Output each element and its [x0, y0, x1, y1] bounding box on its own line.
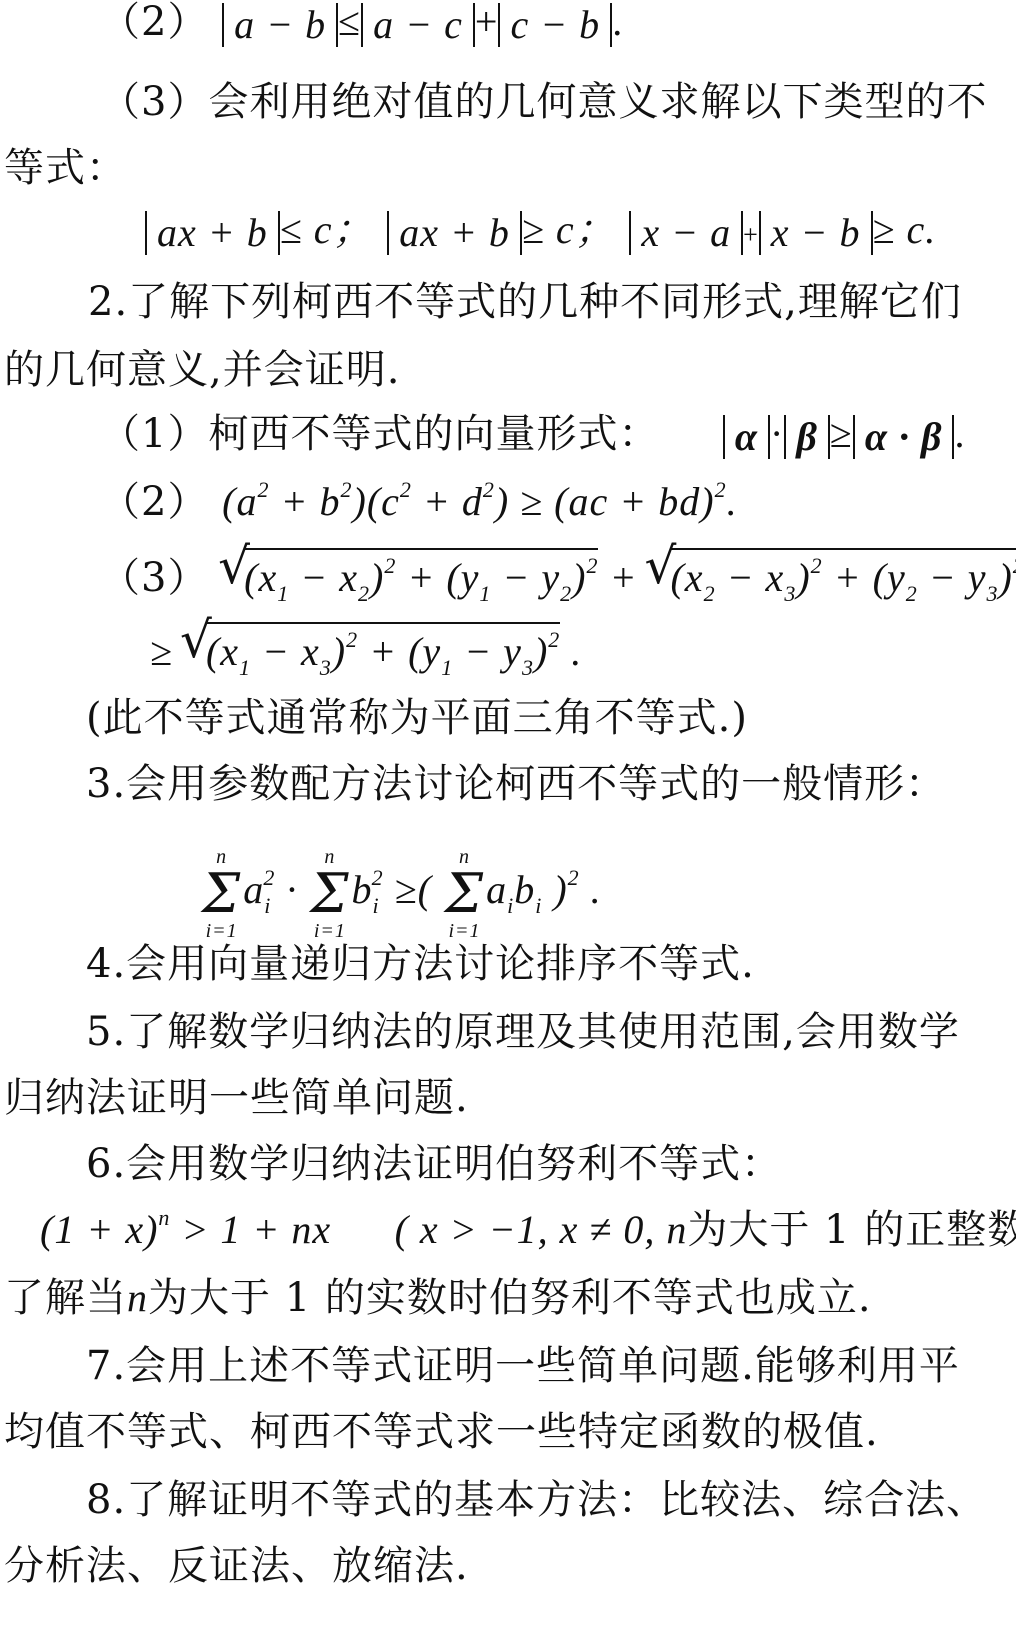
- section-6-heading: 6.会用数学归纳法证明伯努利不等式：: [86, 1140, 782, 1188]
- plane-triangle-note: (此不等式通常称为平面三角不等式.): [86, 694, 748, 742]
- section-8-heading: 8.了解证明不等式的基本方法：比较法、综合法、: [86, 1476, 987, 1524]
- cauchy-vector-form: （1）柯西不等式的向量形式： α·β≥α · β.: [100, 410, 965, 459]
- section-2-heading: 2.了解下列柯西不等式的几种不同形式,理解它们: [88, 278, 962, 326]
- section-5-heading-cont: 归纳法证明一些简单问题.: [4, 1074, 469, 1122]
- section-7-heading-cont: 均值不等式、柯西不等式求一些特定函数的极值.: [4, 1408, 879, 1456]
- formula-bernoulli: (1 + x)n > 1 + nx: [40, 1207, 331, 1252]
- formula-triangle-abs: a − b≤a − c+c − b.: [222, 0, 623, 45]
- section-5-heading: 5.了解数学归纳法的原理及其使用范围,会用数学: [86, 1008, 960, 1056]
- section-3-heading: 3.会用参数配方法讨论柯西不等式的一般情形：: [86, 760, 946, 808]
- plane-triangle-inequality-rhs: ≥ (x1 − x3)2 + (y1 − y3)2 . ≥ √((x₁ − x₃…: [150, 622, 582, 676]
- cauchy-2d-form: （2） (a2 + b2)(c2 + d2) ≥ (ac + bd)2. (a²…: [100, 478, 738, 526]
- section-2-heading-cont: 的几何意义,并会证明.: [4, 346, 400, 394]
- item-3-text-cont: 等式：: [4, 144, 127, 192]
- section-8-heading-cont: 分析法、反证法、放缩法.: [4, 1542, 469, 1590]
- plane-triangle-inequality-lhs: （3） (x1 − x2)2 + (y1 − y2)2 + (x2 − x3)2…: [100, 548, 1016, 602]
- formula-sqrt-rhs: ≥ (x1 − x3)2 + (y1 − y3)2 .: [150, 629, 582, 674]
- formula-sqrt-sum: (x1 − x2)2 + (y1 − y2)2 + (x2 − x3)2 + (…: [222, 555, 1016, 600]
- formula-abs-inequality-types: ax + b≤ c； ax + b≥ c； x − a+x − b≥ c.: [145, 206, 936, 259]
- item-2-triangle-inequality: （2） a − b≤a − c+c − b.: [100, 0, 623, 47]
- item-3-text: （3）会利用绝对值的几何意义求解以下类型的不: [100, 78, 987, 126]
- item-number: （2）: [100, 0, 208, 45]
- formula-cauchy-sum: nΣi=1ai2 · nΣi=1bi2 ≥( nΣi=1aibi )2 .: [200, 867, 602, 912]
- section-4-heading: 4.会用向量递归方法讨论排序不等式.: [86, 940, 755, 988]
- bernoulli-note: 了解当n为大于 1 的实数时伯努利不等式也成立.: [4, 1274, 872, 1322]
- formula-cauchy-2d: (a2 + b2)(c2 + d2) ≥ (ac + bd)2.: [222, 479, 737, 524]
- section-7-heading: 7.会用上述不等式证明一些简单问题.能够利用平: [86, 1342, 960, 1390]
- bernoulli-inequality: (1 + x)n > 1 + nx (1 + x)ⁿ > 1 + nx ( x …: [40, 1206, 1016, 1254]
- cauchy-general-form: nΣi=1ai2 · nΣi=1bi2 ≥( nΣi=1aibi )2 . Σᵢ…: [200, 846, 602, 926]
